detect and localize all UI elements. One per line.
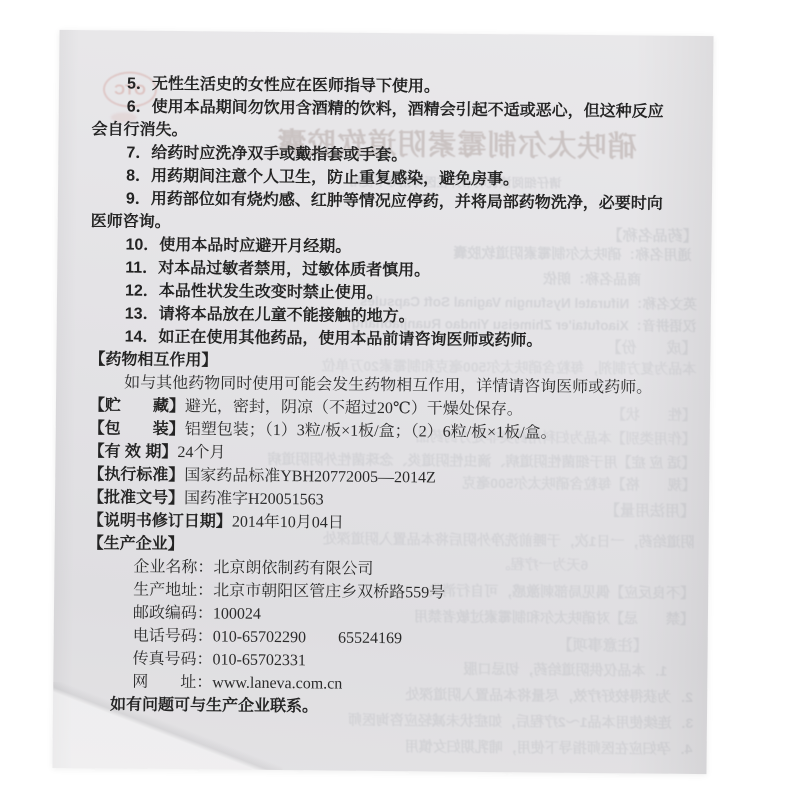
field-label: 【说明书修订日期】	[88, 512, 232, 530]
company-value: 100024	[213, 605, 261, 622]
field-value: 24个月	[177, 444, 225, 461]
field-label: 【贮 藏】	[89, 397, 185, 415]
field-value: 2014年10月04日	[232, 514, 344, 532]
field-label: 【执行标准】	[88, 466, 184, 484]
company-value: 北京市朝阳区管庄乡双桥路559号	[213, 582, 445, 601]
package-insert-paper: OTC 硝呋太尔制霉素阴道软胶囊 请仔细阅读说明书并在医师指导下使用 【药品名称…	[52, 30, 713, 774]
field-label: 【包 装】	[89, 420, 185, 438]
field-value: 避光，密封，阴凉（不超过20℃）干燥处保存。	[185, 398, 523, 418]
company-value: 010-65702290 65524169	[213, 628, 402, 647]
company-label: 生产地址：	[133, 582, 213, 600]
company-label: 企业名称：	[133, 559, 213, 577]
company-label: 电话号码：	[133, 628, 213, 646]
field-label: 【批准文号】	[88, 489, 184, 507]
company-value: 010-65702331	[212, 651, 305, 669]
company-label: 网 址：	[132, 674, 212, 692]
field-value: 国家药品标准YBH20772005—2014Z	[184, 467, 436, 486]
photo-stage: OTC 硝呋太尔制霉素阴道软胶囊 请仔细阅读说明书并在医师指导下使用 【药品名称…	[0, 0, 800, 800]
ghost-line: 4．孕妇应在医师指导下使用，哺乳期妇女慎用	[405, 736, 693, 759]
company-label: 邮政编码：	[133, 605, 213, 623]
company-value: www.laneva.com.cn	[212, 674, 342, 692]
company-label: 传真号码：	[132, 651, 212, 669]
field-value: 铝塑包装；（1）3粒/板×1板/盒；（2）6粒/板×1板/盒。	[185, 421, 557, 442]
insert-text-content: 5．无性生活史的女性应在医师指导下使用。 6．使用本品期间勿饮用含酒精的饮料，酒…	[86, 72, 699, 722]
field-label: 【有 效 期】	[88, 443, 177, 461]
field-value: 国药准字H20051563	[184, 490, 324, 508]
company-value: 北京朗依制药有限公司	[213, 559, 373, 578]
